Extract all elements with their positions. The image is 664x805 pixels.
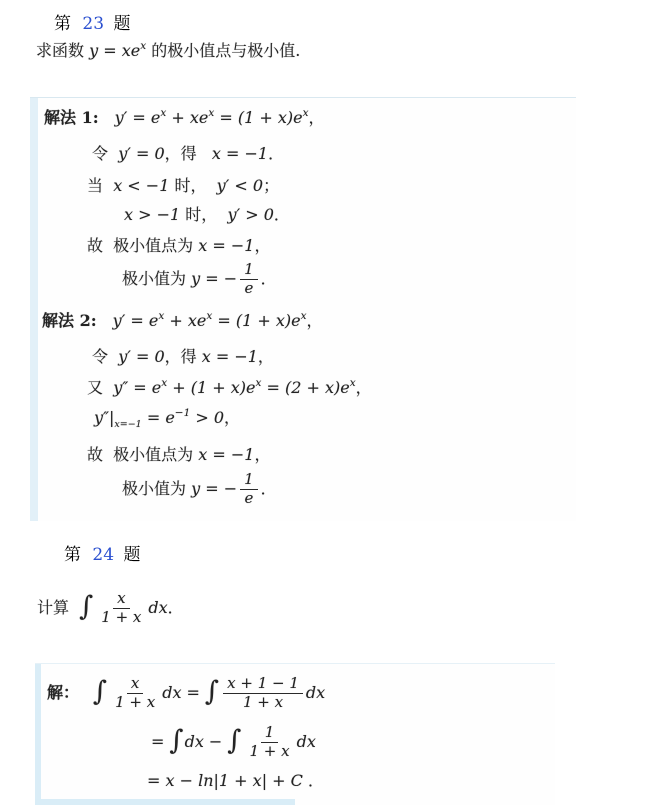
text-run: 令	[92, 145, 118, 163]
solution24-line-1: 解：∫x1 + xdx = ∫x + 1 − 11 + xdx	[47, 670, 325, 716]
text-run: dx	[148, 599, 167, 617]
text-run: y′ = 0	[118, 348, 164, 366]
solution1-line-2: 令 y′ = 0，得 x = −1．	[92, 145, 284, 163]
text-run: + (1 + x)e	[167, 379, 255, 397]
solution24-line-3: = x − ln|1 + x| + C ．	[147, 772, 324, 790]
fraction-numerator: 1	[261, 724, 279, 742]
solution2-line-1: 解法 2:y′ = ex + xex = (1 + x)ex，	[42, 312, 323, 330]
scan-left-edge	[35, 664, 41, 805]
problem-23-statement: 求函数 y = xex 的极小值点与极小值.	[36, 42, 300, 60]
text-run: y′ > 0	[227, 206, 273, 224]
fraction-denominator: 1 + x	[246, 743, 294, 760]
text-run: dx	[297, 733, 316, 751]
text-run: ．	[303, 772, 324, 790]
solution1-label: 解法 1:	[44, 109, 99, 127]
solution1-line-5: 故 极小值点为 x = −1，	[87, 237, 270, 255]
solution24-eq-1: ∫x1 + xdx = ∫x + 1 − 11 + xdx	[93, 675, 325, 711]
text-run: 令	[92, 348, 118, 366]
integral-sign: ∫	[93, 680, 107, 704]
text-run: dx	[162, 684, 181, 702]
text-run: > 0	[190, 409, 224, 427]
fraction-numerator: x	[113, 590, 129, 608]
text-run: 极小值为	[122, 480, 191, 498]
solution2-line-2: 令 y′ = 0，得 x = −1，	[92, 348, 274, 366]
text-run: x = −1	[212, 145, 268, 163]
fraction: 1e	[240, 261, 258, 297]
text-run: ．	[274, 206, 290, 224]
text-run: 故 极小值点为	[87, 237, 198, 255]
problem-number: 23	[80, 14, 106, 34]
solution1-line-6: 极小值为 y = −1e．	[122, 256, 277, 302]
text-run: x = −1	[202, 348, 258, 366]
text-run: ，	[307, 312, 323, 330]
solution1-eq-1: y′ = ex + xex = (1 + x)ex，	[115, 109, 325, 127]
text-run: 题	[116, 540, 142, 565]
integral-sign: ∫	[205, 680, 219, 704]
solution2-line-5: 故 极小值点为 x = −1，	[87, 446, 270, 464]
scan-bottom-edge	[35, 799, 295, 805]
text-run: ，	[356, 379, 372, 397]
text-run: y″ = e	[113, 379, 161, 397]
text-run: + xe	[166, 109, 208, 127]
text-run: 极小值为	[122, 270, 191, 288]
text-run: ，	[309, 109, 325, 127]
text-run: ，	[254, 237, 270, 255]
problem-23-solution-scan: 解法 1:y′ = ex + xex = (1 + x)ex， 令 y′ = 0…	[30, 97, 576, 521]
text-run: + xe	[164, 312, 206, 330]
text-run: = (1 + x)e	[214, 109, 302, 127]
fraction: 11 + x	[246, 724, 294, 760]
text-run: 时，	[169, 177, 216, 195]
problem-24-title: 第 24 题	[64, 540, 142, 565]
text-run: = (1 + x)e	[212, 312, 300, 330]
text-run: x = −1	[198, 237, 254, 255]
text-run: x > −1	[124, 206, 180, 224]
text-run: 时，	[180, 206, 227, 224]
integral-sign: ∫	[227, 729, 241, 753]
text-run: 当	[87, 177, 113, 195]
text-run: ．	[261, 480, 277, 498]
problem-24-statement: 计算 ∫x1 + xdx．	[37, 585, 184, 631]
problem-24-solution-scan: 解：∫x1 + xdx = ∫x + 1 − 11 + xdx = ∫dx − …	[35, 663, 555, 805]
text-run: =	[181, 684, 205, 702]
fraction-denominator: e	[240, 280, 257, 297]
text-run: ．	[168, 599, 184, 617]
text-run: x = −1	[198, 446, 254, 464]
fraction-numerator: x	[127, 675, 143, 693]
superscript: −1	[175, 408, 190, 419]
integral-sign: ∫	[79, 595, 93, 619]
fraction-numerator: 1	[240, 261, 258, 279]
text-run: 第	[64, 540, 90, 565]
problem-23-title: 第 23 题	[54, 9, 132, 34]
text-run: y = −	[191, 270, 237, 288]
text-run: = e	[142, 409, 175, 427]
solution2-line-3: 又 y″ = ex + (1 + x)ex = (2 + x)ex，	[87, 379, 372, 397]
text-run: y = xe	[89, 42, 140, 60]
text-run: −	[204, 733, 228, 751]
document-page: 第 23 题 求函数 y = xex 的极小值点与极小值. 解法 1:y′ = …	[0, 0, 664, 805]
fraction-denominator: 1 + x	[239, 694, 287, 711]
solution2-line-4: y″|x=−1 = e−1 > 0，	[94, 409, 240, 427]
fraction: x1 + x	[97, 590, 145, 626]
fraction-denominator: 1 + x	[97, 609, 145, 626]
text-run: = (2 + x)e	[261, 379, 349, 397]
text-run: 题	[106, 9, 132, 34]
text-run: ．	[261, 270, 277, 288]
text-run: 求函数	[36, 42, 89, 60]
text-run: ，	[224, 409, 240, 427]
text-run: y′ = 0	[118, 145, 164, 163]
scan-left-edge	[30, 98, 38, 521]
solution1-line-3: 当 x < −1 时， y′ < 0；	[87, 177, 279, 195]
solution2-label: 解法 2:	[42, 312, 97, 330]
solution2-line-6: 极小值为 y = −1e．	[122, 466, 277, 512]
text-run: =	[151, 733, 170, 751]
text-run: y′ = e	[113, 312, 159, 330]
solution24-label: 解：	[47, 684, 79, 702]
solution1-line-4: x > −1 时， y′ > 0．	[124, 206, 290, 224]
text-run: =	[147, 772, 166, 790]
solution1-line-1: 解法 1:y′ = ex + xex = (1 + x)ex，	[44, 109, 325, 127]
fraction-numerator: x + 1 − 1	[223, 675, 303, 693]
fraction: x + 1 − 11 + x	[223, 675, 303, 711]
subscript: x=−1	[114, 420, 141, 430]
text-run: y = −	[191, 480, 237, 498]
text-run: ，	[254, 446, 270, 464]
fraction: 1e	[240, 471, 258, 507]
text-run: dx	[306, 684, 325, 702]
solution2-eq-1: y′ = ex + xex = (1 + x)ex，	[113, 312, 323, 330]
text-run: x < −1	[113, 177, 169, 195]
text-run: ，得	[165, 145, 212, 163]
text-run: ．	[268, 145, 284, 163]
text-run: ；	[263, 177, 279, 195]
text-run: ，得	[165, 348, 202, 366]
text-run: x − ln|1 + x| + C	[166, 772, 303, 790]
text-run: 又	[87, 379, 113, 397]
fraction-denominator: 1 + x	[111, 694, 159, 711]
text-run: y′ = e	[115, 109, 161, 127]
fraction-denominator: e	[240, 490, 257, 507]
text-run: dx	[185, 733, 204, 751]
text-run: y′ < 0	[217, 177, 263, 195]
integral-sign: ∫	[170, 729, 184, 753]
fraction: x1 + x	[111, 675, 159, 711]
solution24-line-2: = ∫dx − ∫11 + xdx	[151, 719, 316, 765]
text-run: 第	[54, 9, 80, 34]
text-run: 故 极小值点为	[87, 446, 198, 464]
text-run: 的极小值点与极小值.	[146, 42, 300, 60]
problem-number: 24	[90, 545, 116, 565]
text-run: ，	[258, 348, 274, 366]
fraction-numerator: 1	[240, 471, 258, 489]
text-run: y″|	[94, 409, 114, 427]
text-run: 计算	[37, 599, 79, 617]
